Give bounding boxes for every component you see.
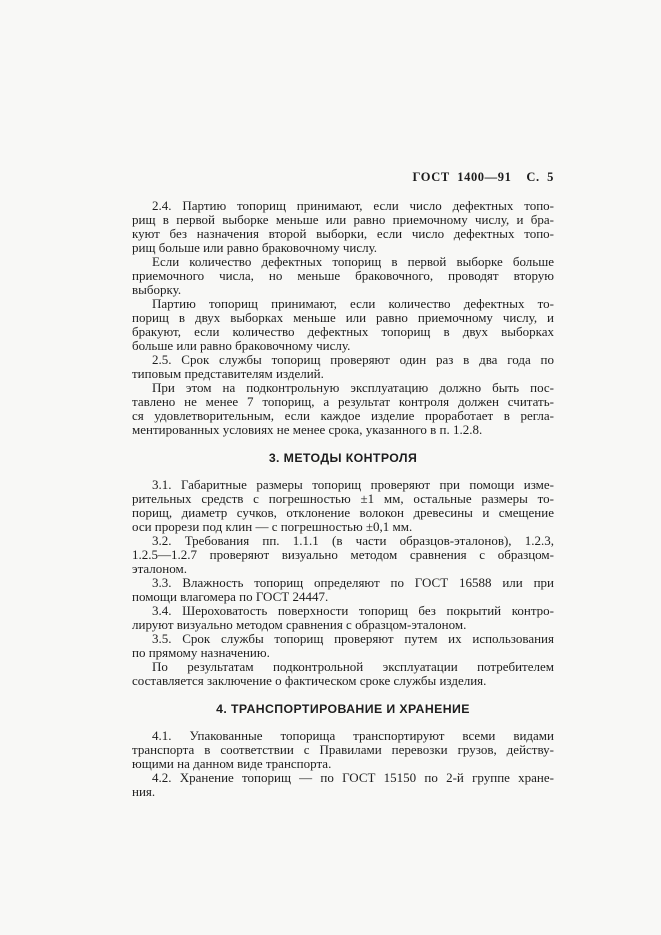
text-line: выборку. <box>132 283 554 297</box>
text-line: бракуют, если количество дефектных топор… <box>132 325 554 339</box>
text-line: ментированных условиях не менее срока, у… <box>132 423 554 437</box>
text-line: рительных средств с погрешностью ±1 мм, … <box>132 492 554 506</box>
text-line: ющими на данном виде транспорта. <box>132 757 554 771</box>
text-line: порищ, диаметр сучков, отклонение волоко… <box>132 506 554 520</box>
text-line: куют без назначения второй выборки, если… <box>132 227 554 241</box>
section-heading: 4. ТРАНСПОРТИРОВАНИЕ И ХРАНЕНИЕ <box>132 702 554 716</box>
paragraph: 4.1. Упакованные топорища транспортируют… <box>132 729 554 771</box>
text-line: 2.5. Срок службы топорищ проверяют один … <box>132 353 554 367</box>
paragraph: Если количество дефектных топорищ в перв… <box>132 255 554 297</box>
paragraph: 4.2. Хранение топорищ — по ГОСТ 15150 по… <box>132 771 554 799</box>
text-line: ся удовлетворительным, если каждое издел… <box>132 409 554 423</box>
text-line: приемочного числа, но меньше браковочног… <box>132 269 554 283</box>
text-line: помощи влагомера по ГОСТ 24447. <box>132 590 554 604</box>
text-line: лируют визуально методом сравнения с обр… <box>132 618 554 632</box>
paragraph: 3.5. Срок службы топорищ проверяют путем… <box>132 632 554 660</box>
paragraph: Партию топорищ принимают, если количеств… <box>132 297 554 353</box>
text-line: 3.1. Габаритные размеры топорищ проверяю… <box>132 478 554 492</box>
paragraph: 3.4. Шероховатость поверхности топорищ б… <box>132 604 554 632</box>
section-heading: 3. МЕТОДЫ КОНТРОЛЯ <box>132 451 554 465</box>
text-line: 4.1. Упакованные топорища транспортируют… <box>132 729 554 743</box>
text-line: оси прорези под клин — с погрешностью ±0… <box>132 520 554 534</box>
text-line: порищ в двух выборках меньше или равно п… <box>132 311 554 325</box>
text-line: рищ в первой выборке меньше или равно пр… <box>132 213 554 227</box>
text-line: 3.4. Шероховатость поверхности топорищ б… <box>132 604 554 618</box>
text-line: 2.4. Партию топорищ принимают, если числ… <box>132 199 554 213</box>
text-line: рищ больше или равно браковочному числу. <box>132 241 554 255</box>
text-line: При этом на подконтрольную эксплуатацию … <box>132 381 554 395</box>
text-line: 4.2. Хранение топорищ — по ГОСТ 15150 по… <box>132 771 554 785</box>
text-line: типовым представителям изделий. <box>132 367 554 381</box>
text-line: По результатам подконтрольной эксплуатац… <box>132 660 554 674</box>
text-line: тавлено не менее 7 топорищ, а результат … <box>132 395 554 409</box>
paragraph: 3.1. Габаритные размеры топорищ проверяю… <box>132 478 554 534</box>
text-line: Партию топорищ принимают, если количеств… <box>132 297 554 311</box>
text-line: 3.3. Влажность топорищ определяют по ГОС… <box>132 576 554 590</box>
document-body: 2.4. Партию топорищ принимают, если числ… <box>132 199 554 799</box>
scanned-document-page: ГОСТ 1400—91 С. 5 2.4. Партию топорищ пр… <box>0 0 661 935</box>
paragraph: По результатам подконтрольной эксплуатац… <box>132 660 554 688</box>
text-line: 3.5. Срок службы топорищ проверяют путем… <box>132 632 554 646</box>
text-line: больше или равно браковочному числу. <box>132 339 554 353</box>
text-line: ния. <box>132 785 554 799</box>
paragraph: 2.4. Партию топорищ принимают, если числ… <box>132 199 554 255</box>
text-line: составляется заключение о фактическом ср… <box>132 674 554 688</box>
text-line: эталоном. <box>132 562 554 576</box>
paragraph: При этом на подконтрольную эксплуатацию … <box>132 381 554 437</box>
text-line: по прямому назначению. <box>132 646 554 660</box>
paragraph: 3.3. Влажность топорищ определяют по ГОС… <box>132 576 554 604</box>
text-line: транспорта в соответствии с Правилами пе… <box>132 743 554 757</box>
paragraph: 2.5. Срок службы топорищ проверяют один … <box>132 353 554 381</box>
text-line: 1.2.5—1.2.7 проверяют визуально методом … <box>132 548 554 562</box>
paragraph: 3.2. Требования пп. 1.1.1 (в части образ… <box>132 534 554 576</box>
text-line: 3.2. Требования пп. 1.1.1 (в части образ… <box>132 534 554 548</box>
page-header-gost-number: ГОСТ 1400—91 С. 5 <box>132 170 554 185</box>
text-line: Если количество дефектных топорищ в перв… <box>132 255 554 269</box>
